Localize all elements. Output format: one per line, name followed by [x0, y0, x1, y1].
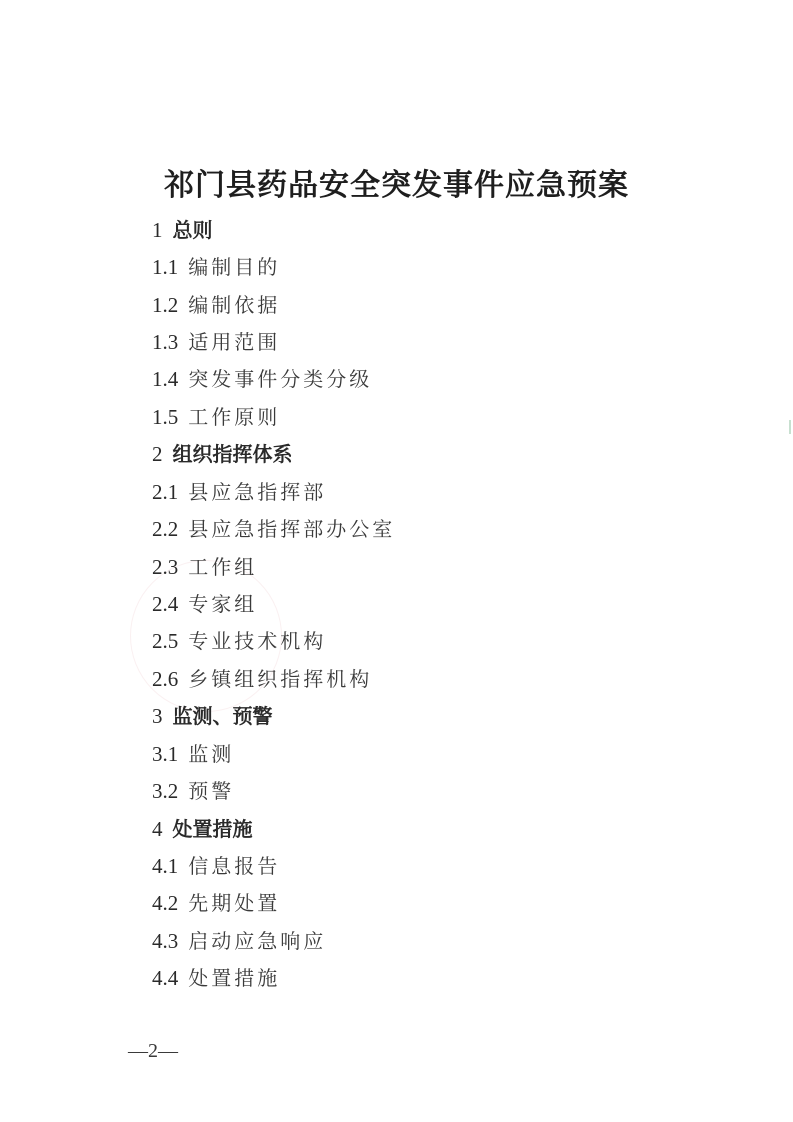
toc-subsection: 1.2编制依据 [152, 293, 280, 317]
toc-subsection: 2.3工作组 [152, 555, 257, 579]
toc-subsection: 2.5专业技术机构 [152, 629, 326, 653]
toc-subsection: 4.4处置措施 [152, 966, 280, 990]
toc-subsection: 3.1监测 [152, 742, 234, 766]
toc-section: 4处置措施 [152, 817, 253, 841]
toc-subsection: 1.1编制目的 [152, 255, 280, 279]
toc-section: 3监测、预警 [152, 704, 273, 728]
toc-subsection: 2.2县应急指挥部办公室 [152, 517, 395, 541]
toc-subsection: 1.5工作原则 [152, 405, 280, 429]
toc-subsection: 4.3启动应急响应 [152, 929, 326, 953]
toc-subsection: 2.1县应急指挥部 [152, 480, 326, 504]
scan-edge-mark [789, 420, 791, 434]
toc-subsection: 2.4专家组 [152, 592, 257, 616]
toc-section: 1总则 [152, 218, 213, 242]
page-number: —2— [128, 1040, 178, 1063]
toc-subsection: 1.3适用范围 [152, 330, 280, 354]
toc-subsection: 1.4突发事件分类分级 [152, 367, 372, 391]
toc-subsection: 4.1信息报告 [152, 854, 280, 878]
toc-subsection: 2.6乡镇组织指挥机构 [152, 667, 372, 691]
toc-subsection: 4.2先期处置 [152, 891, 280, 915]
toc-subsection: 3.2预警 [152, 779, 234, 803]
document-title: 祁门县药品安全突发事件应急预案 [0, 160, 793, 204]
toc-section: 2组织指挥体系 [152, 442, 293, 466]
